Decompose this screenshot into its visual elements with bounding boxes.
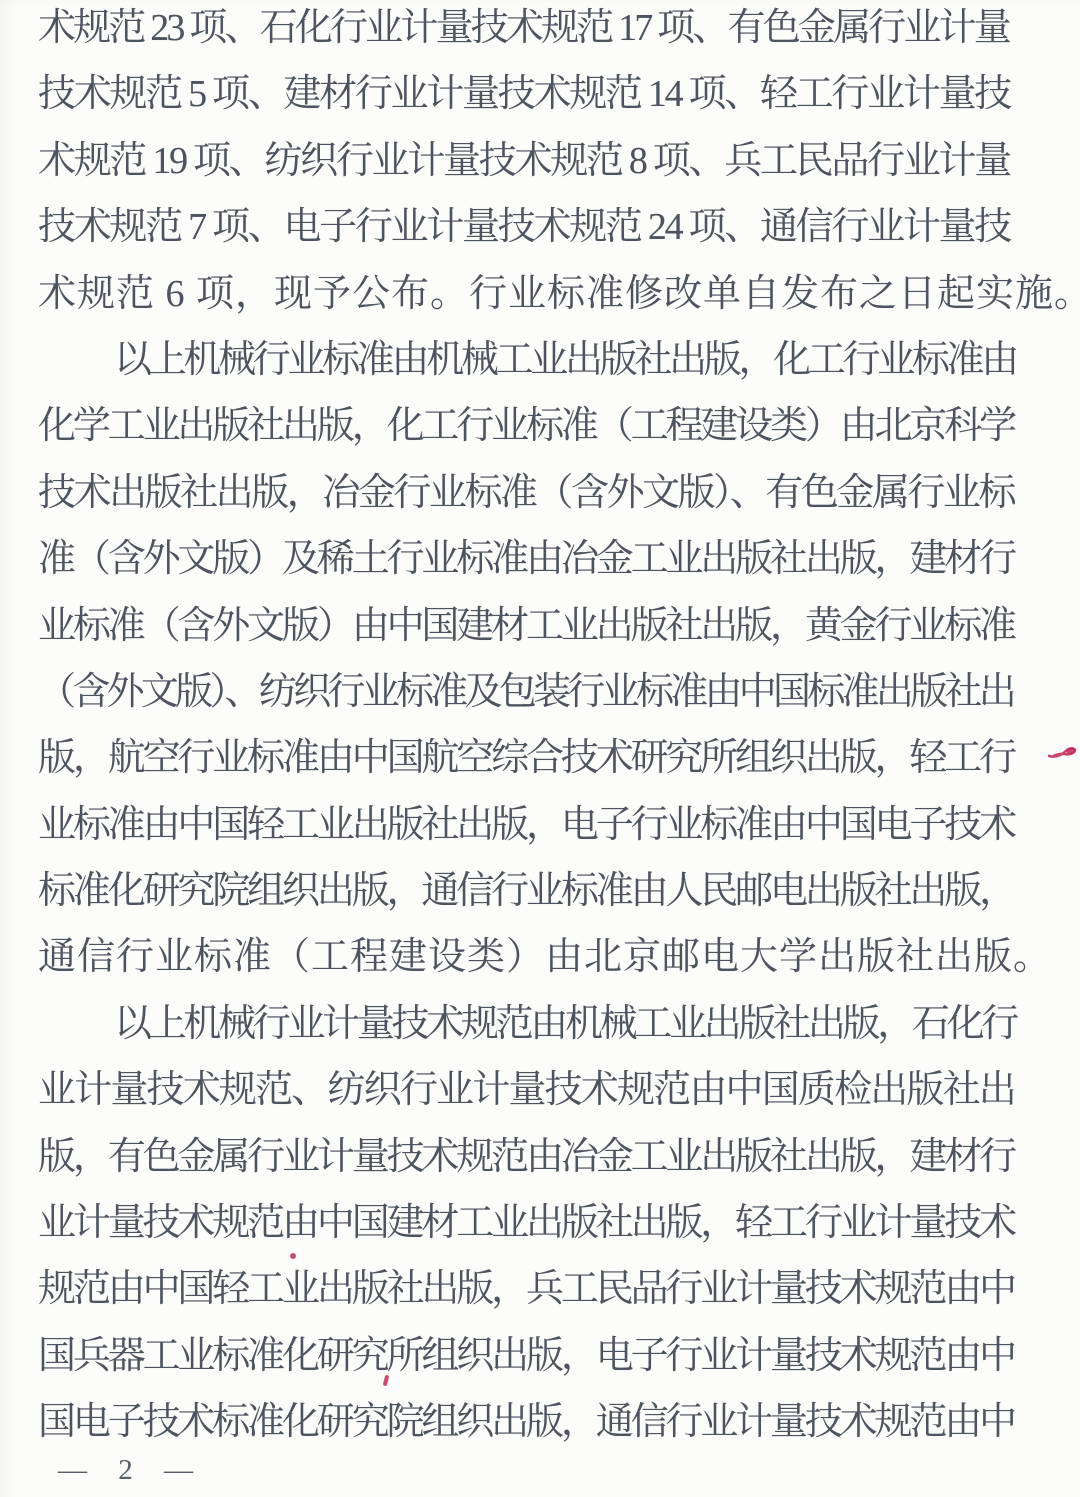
text-line: 通信行业标准（工程建设类）由北京邮电大学出版社出版。 [38,924,1042,990]
text-line-content: 版，有色金属行业计量技术规范由冶金工业出版社出版，建材行 [38,1136,1014,1178]
text-line: （含外文版）、纺织行业标准及包装行业标准由中国标准出版社出 [38,659,1042,725]
text-line: 业标准（含外文版）由中国建材工业出版社出版，黄金行业标准 [38,593,1042,659]
text-line: 术规范 19 项、纺织行业计量技术规范 8 项、兵工民品行业计量 [38,128,1042,194]
text-line: 以上机械行业计量技术规范由机械工业出版社出版，石化行 [38,991,1042,1057]
text-line: 国兵器工业标准化研究所组织出版，电子行业计量技术规范由中 [38,1323,1042,1389]
text-line-content: 术规范 6 项，现予公布。行业标准修改单自发布之日起实施。 [38,273,1080,315]
text-line-content: 业标准由中国轻工业出版社出版，电子行业标准由中国电子技术 [38,804,1014,846]
text-line: 业计量技术规范由中国建材工业出版社出版，轻工行业计量技术 [38,1190,1042,1256]
text-line-content: 业计量技术规范、纺织行业计量技术规范由中国质检出版社出 [38,1069,1015,1111]
text-line: 技术规范 7 项、电子行业计量技术规范 24 项、通信行业计量技 [38,194,1042,260]
text-line-content: 以上机械行业标准由机械工业出版社出版，化工行业标准由 [114,339,1016,381]
text-line-content: 技术规范 7 项、电子行业计量技术规范 24 项、通信行业计量技 [38,206,1010,248]
text-line: 业计量技术规范、纺织行业计量技术规范由中国质检出版社出 [38,1057,1042,1123]
page-number: — 2 — [58,1448,199,1492]
text-line: 化学工业出版社出版，化工行业标准（工程建设类）由北京科学 [38,393,1042,459]
text-line-content: （含外文版）、纺织行业标准及包装行业标准由中国标准出版社出 [38,671,1013,713]
text-line: 准（含外文版）及稀土行业标准由冶金工业出版社出版，建材行 [38,526,1042,592]
text-line: 规范由中国轻工业出版社出版，兵工民品行业计量技术规范由中 [38,1256,1042,1322]
text-line-content: 以上机械行业计量技术规范由机械工业出版社出版，石化行 [114,1003,1016,1045]
text-line: 版，有色金属行业计量技术规范由冶金工业出版社出版，建材行 [38,1124,1042,1190]
text-line: 标准化研究院组织出版，通信行业标准由人民邮电出版社出版， [38,858,1042,924]
text-line: 术规范 23 项、石化行业计量技术规范 17 项、有色金属行业计量 [38,0,1042,61]
text-line-content: 国电子技术标准化研究院组织出版，通信行业计量技术规范由中 [38,1401,1014,1443]
text-line: 技术规范 5 项、建材行业计量技术规范 14 项、轻工行业计量技 [38,61,1042,127]
text-line: 技术出版社出版，冶金行业标准（含外文版）、有色金属行业标 [38,460,1042,526]
text-line-content: 标准化研究院组织出版，通信行业标准由人民邮电出版社出版， [38,870,1014,912]
text-line-content: 通信行业标准（工程建设类）由北京邮电大学出版社出版。 [38,936,1052,978]
text-line: 版，航空行业标准由中国航空综合技术研究所组织出版，轻工行 [38,725,1042,791]
text-line-content: 术规范 23 项、石化行业计量技术规范 17 项、有色金属行业计量 [38,7,1009,49]
red-squiggle-mark [1048,740,1078,762]
document-body: 术规范 23 项、石化行业计量技术规范 17 项、有色金属行业计量技术规范 5 … [38,0,1042,1456]
text-line-content: 术规范 19 项、纺织行业计量技术规范 8 项、兵工民品行业计量 [38,140,1010,182]
text-line: 以上机械行业标准由机械工业出版社出版，化工行业标准由 [38,327,1042,393]
scanned-document-page: 术规范 23 项、石化行业计量技术规范 17 项、有色金属行业计量技术规范 5 … [0,0,1080,1497]
text-line-content: 技术出版社出版，冶金行业标准（含外文版）、有色金属行业标 [38,472,1014,514]
text-line: 术规范 6 项，现予公布。行业标准修改单自发布之日起实施。 [38,261,1042,327]
text-line-content: 技术规范 5 项、建材行业计量技术规范 14 项、轻工行业计量技 [38,73,1010,115]
text-line-content: 规范由中国轻工业出版社出版，兵工民品行业计量技术规范由中 [38,1268,1014,1310]
text-line-content: 版，航空行业标准由中国航空综合技术研究所组织出版，轻工行 [38,737,1014,779]
red-dot-mark [290,1253,296,1259]
text-line-content: 业计量技术规范由中国建材工业出版社出版，轻工行业计量技术 [38,1202,1014,1244]
text-line: 业标准由中国轻工业出版社出版，电子行业标准由中国电子技术 [38,792,1042,858]
text-line-content: 国兵器工业标准化研究所组织出版，电子行业计量技术规范由中 [38,1335,1014,1377]
text-line: 国电子技术标准化研究院组织出版，通信行业计量技术规范由中 [38,1389,1042,1455]
text-line-content: 业标准（含外文版）由中国建材工业出版社出版，黄金行业标准 [38,605,1014,647]
text-line-content: 准（含外文版）及稀土行业标准由冶金工业出版社出版，建材行 [38,538,1014,580]
text-line-content: 化学工业出版社出版，化工行业标准（工程建设类）由北京科学 [38,405,1014,447]
